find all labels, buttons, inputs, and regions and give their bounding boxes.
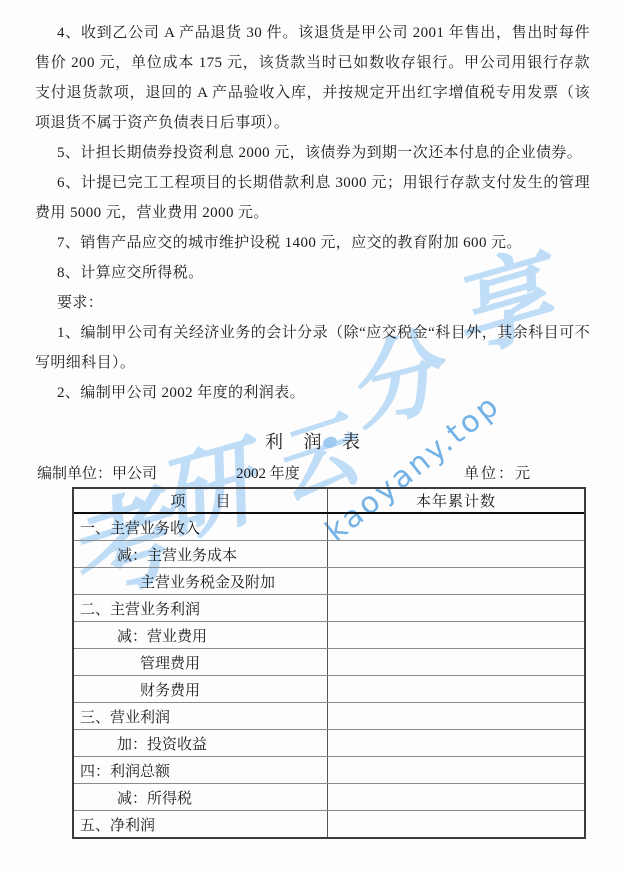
table-header-row: 项 目 本年累计数 — [74, 489, 584, 514]
table-row: 减：营业费用 — [74, 622, 584, 649]
table-row: 三、营业利润 — [74, 703, 584, 730]
row-label: 管理费用 — [74, 649, 328, 675]
row-label: 减：主营业务成本 — [74, 541, 328, 567]
paragraph-item-6: 6、计提已完工工程项目的长期借款利息 3000 元；用银行存款支付发生的管理费用… — [35, 168, 590, 228]
report-period: 2002 年度 — [236, 462, 300, 483]
paragraph-item-5: 5、计担长期债券投资利息 2000 元，该债券为到期一次还本付息的企业债券。 — [35, 138, 590, 168]
table-row: 财务费用 — [74, 676, 584, 703]
row-value — [328, 622, 584, 648]
row-value — [328, 757, 584, 783]
paragraph-item-7: 7、销售产品应交的城市维护设税 1400 元，应交的教育附加 600 元。 — [35, 228, 590, 258]
row-value — [328, 730, 584, 756]
table-row: 二、主营业务利润 — [74, 595, 584, 622]
column-header-item: 项 目 — [74, 489, 328, 512]
row-label: 财务费用 — [74, 676, 328, 702]
table-row: 一、主营业务收入 — [74, 514, 584, 541]
row-value — [328, 595, 584, 621]
unit-label: 单位：元 — [464, 462, 532, 483]
row-value — [328, 568, 584, 594]
row-value — [328, 649, 584, 675]
table-row: 五、净利润 — [74, 811, 584, 837]
requirement-2: 2、编制甲公司 2002 年度的利润表。 — [35, 378, 590, 408]
row-value — [328, 784, 584, 810]
income-statement-table: 项 目 本年累计数 一、主营业务收入 减：主营业务成本 主营业务税金及附加 二、… — [72, 487, 586, 839]
prepared-by-label: 编制单位：甲公司 — [37, 462, 157, 483]
requirements-label: 要求： — [35, 288, 590, 318]
column-header-ytd: 本年累计数 — [328, 489, 584, 512]
row-value — [328, 514, 584, 540]
document-page: 4、收到乙公司 A 产品退货 30 件。该退货是甲公司 2001 年售出，售出时… — [0, 0, 626, 839]
table-row: 加：投资收益 — [74, 730, 584, 757]
row-value — [328, 676, 584, 702]
paragraph-item-4: 4、收到乙公司 A 产品退货 30 件。该退货是甲公司 2001 年售出，售出时… — [35, 18, 590, 138]
row-label: 减：营业费用 — [74, 622, 328, 648]
table-row: 主营业务税金及附加 — [74, 568, 584, 595]
table-row: 四：利润总额 — [74, 757, 584, 784]
table-row: 减：主营业务成本 — [74, 541, 584, 568]
row-label: 减：所得税 — [74, 784, 328, 810]
row-value — [328, 811, 584, 837]
row-label: 五、净利润 — [74, 811, 328, 837]
row-label: 四：利润总额 — [74, 757, 328, 783]
report-meta: 编制单位：甲公司 2002 年度 单位：元 — [35, 462, 590, 487]
row-label: 加：投资收益 — [74, 730, 328, 756]
paragraph-item-8: 8、计算应交所得税。 — [35, 258, 590, 288]
row-value — [328, 541, 584, 567]
report-title: 利 润 表 — [35, 428, 590, 454]
row-label: 二、主营业务利润 — [74, 595, 328, 621]
table-row: 减：所得税 — [74, 784, 584, 811]
row-value — [328, 703, 584, 729]
table-row: 管理费用 — [74, 649, 584, 676]
row-label: 三、营业利润 — [74, 703, 328, 729]
requirement-1: 1、编制甲公司有关经济业务的会计分录（除“应交税金“科目外，其余科目可不写明细科… — [35, 318, 590, 378]
row-label: 主营业务税金及附加 — [74, 568, 328, 594]
row-label: 一、主营业务收入 — [74, 514, 328, 540]
